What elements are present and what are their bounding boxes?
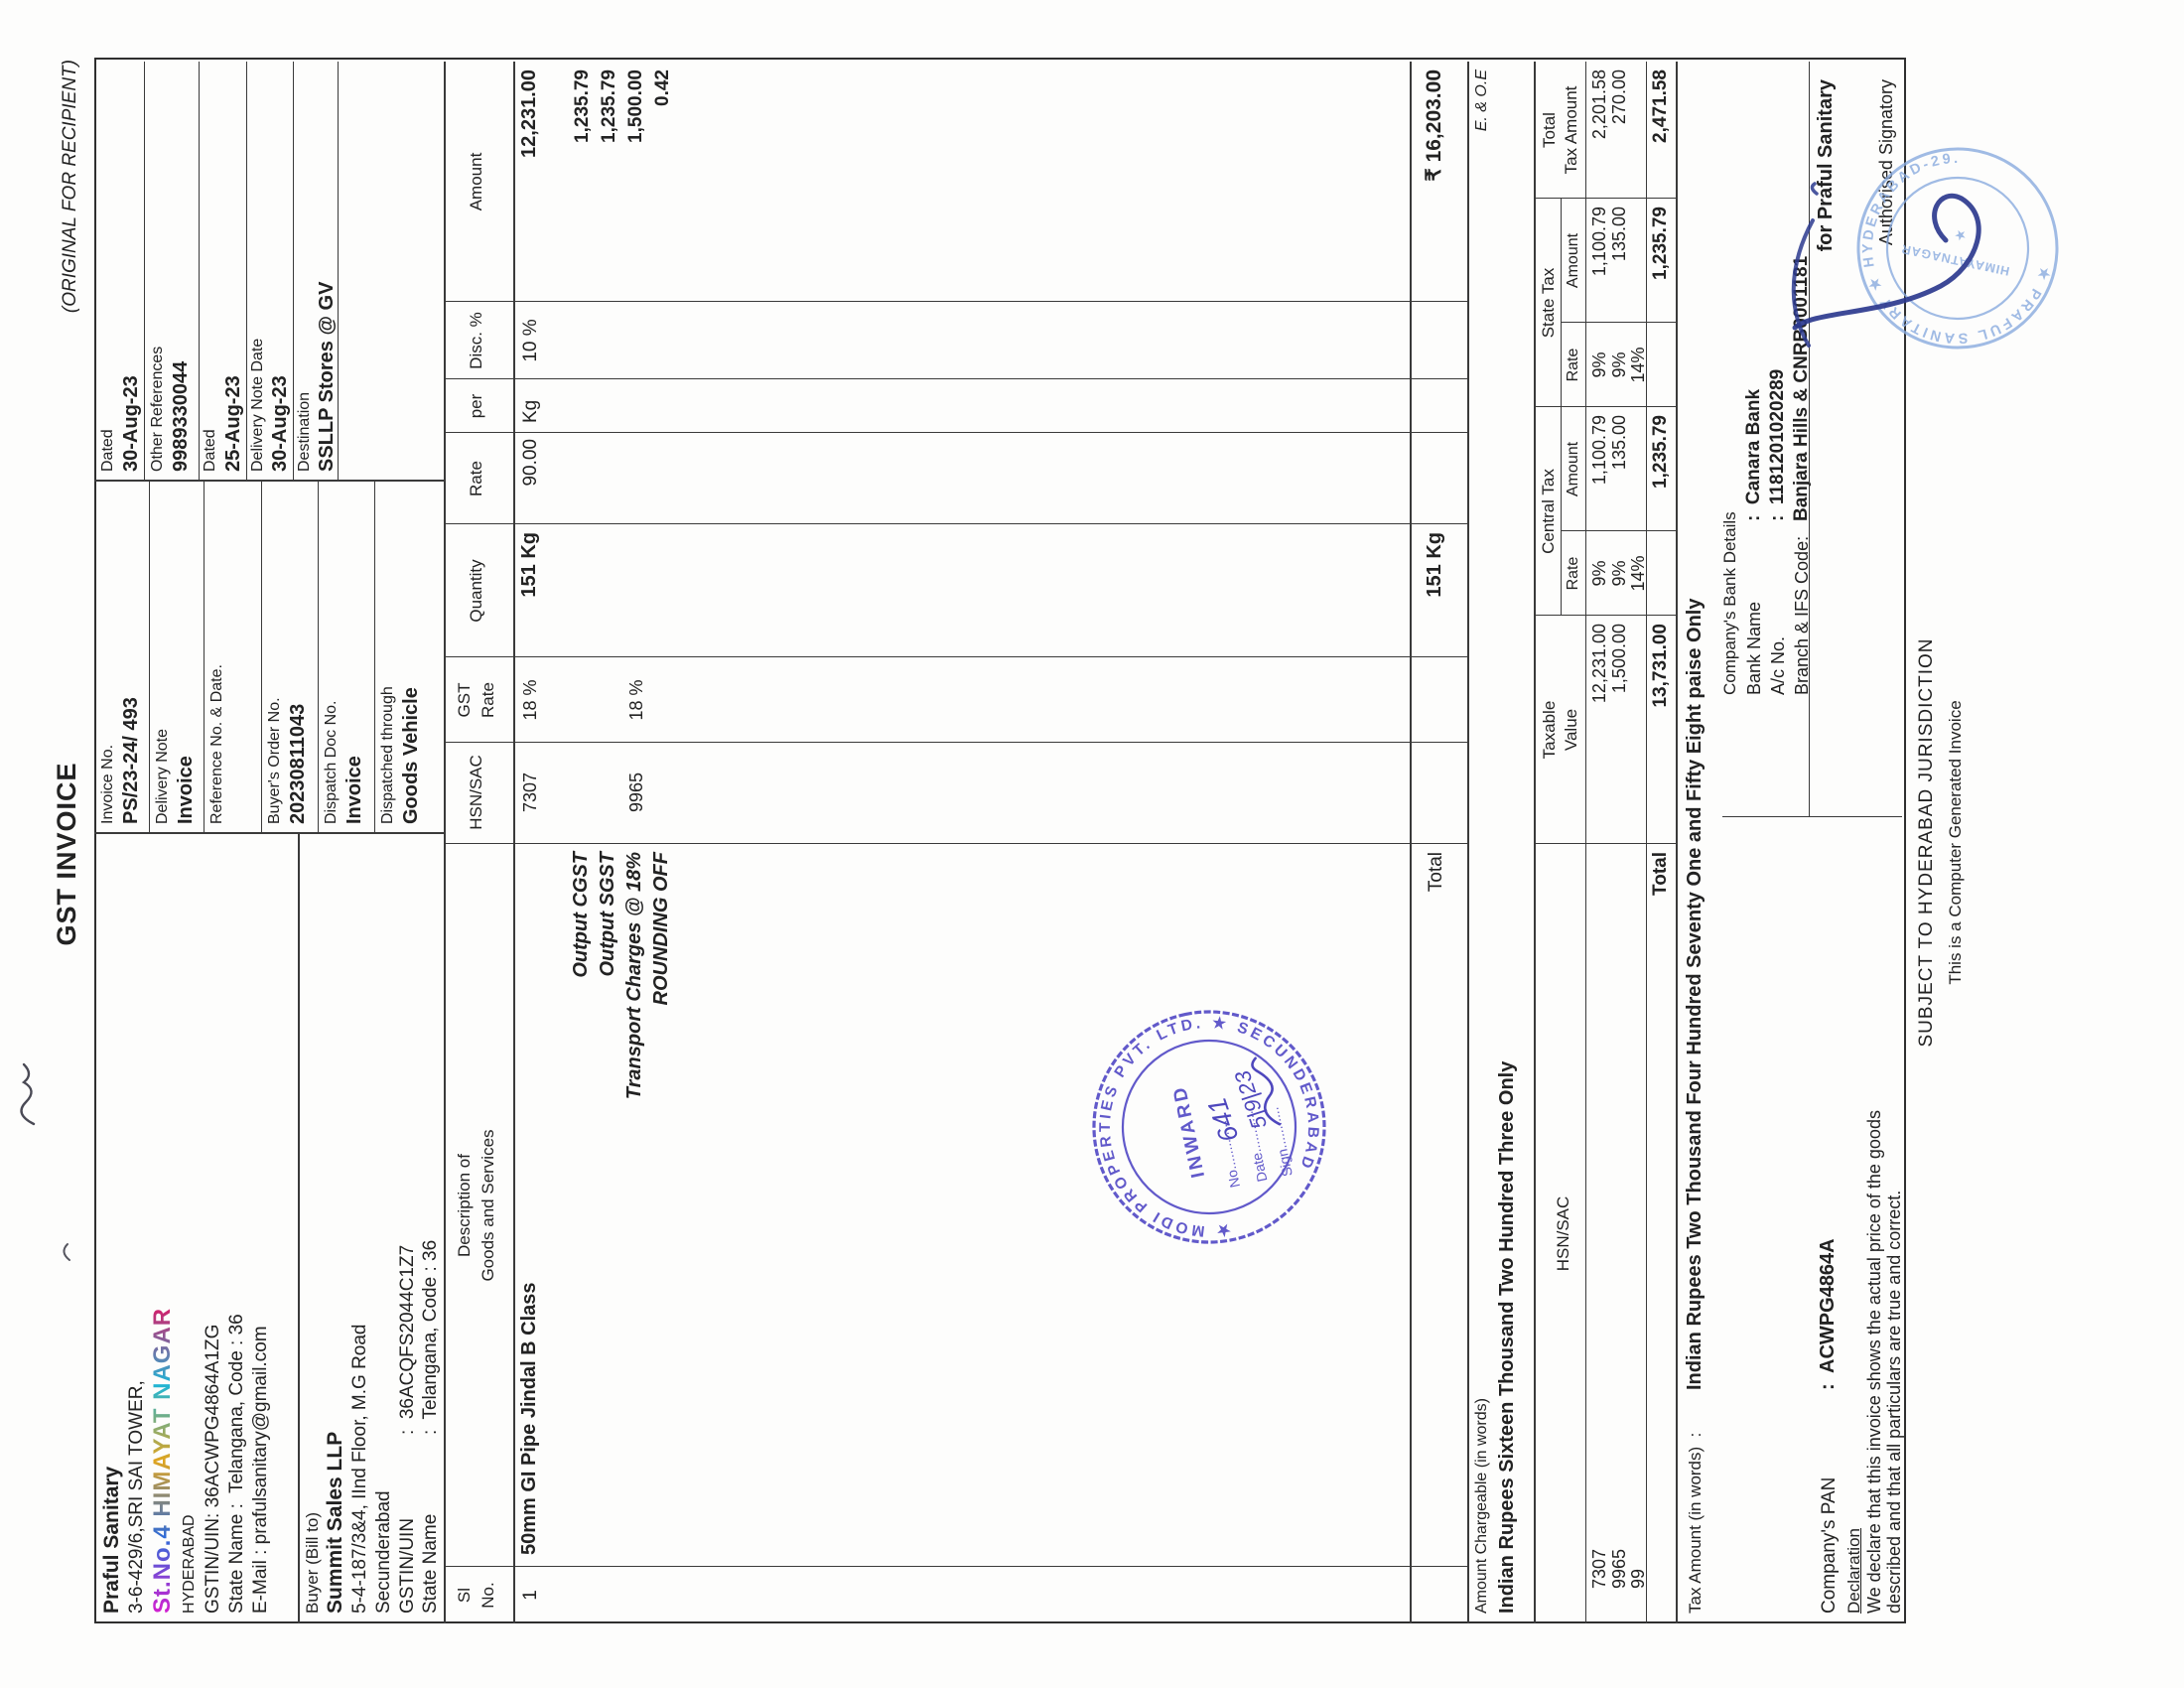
col-gst2: Rate: [478, 657, 498, 743]
tax-hsn: 99: [1628, 1569, 1649, 1589]
bank-ac-value: : 1181201020289: [1767, 369, 1789, 521]
pan-value: : ACWPG4864A: [1817, 1238, 1840, 1390]
tax-sub-rate: Rate: [1565, 531, 1582, 616]
item-desc: 50mm GI Pipe Jindal B Class: [518, 1282, 541, 1555]
detail-value: Invoice: [343, 756, 366, 824]
detail-value: 30-Aug-23: [269, 375, 292, 472]
tax-samount: 135.00: [1609, 207, 1630, 323]
detail-label: Other References: [149, 347, 167, 472]
detail-value: Invoice: [175, 756, 198, 824]
tax-words-label: Tax Amount (in words) :: [1686, 1433, 1706, 1614]
col-per: per: [467, 379, 486, 433]
tax-total-taxable: 13,731.00: [1650, 624, 1672, 844]
detail-label: Delivery Note: [154, 729, 172, 824]
bank-name-value: : Canara Bank: [1743, 389, 1765, 521]
charge-hsn: 9965: [626, 743, 647, 842]
tax-total-central: 1,235.79: [1650, 415, 1672, 531]
detail-label: Reference No. & Date.: [208, 664, 226, 824]
page-title: GST INVOICE: [52, 576, 82, 1132]
col-sl: Sl: [455, 1567, 475, 1623]
tax-col-total1: Total: [1540, 62, 1560, 199]
pen-squiggle: [6, 1043, 46, 1132]
bank-title: Company's Bank Details: [1720, 511, 1740, 695]
pan-label: Company's PAN: [1819, 1477, 1841, 1614]
seller-address1: 3-6-429/6,SRI SAI TOWER,: [126, 1380, 148, 1614]
inward-stamp: ★ MODI PROPERTIES PVT. LTD. ★ SECUNDERAB…: [1070, 988, 1348, 1266]
charge-desc: ROUNDING OFF: [650, 852, 673, 1291]
detail-value: SSLLP Stores @ GV: [316, 282, 339, 472]
charge-gst: 18 %: [626, 657, 647, 743]
buyer-gstin-label: GSTIN/UIN: [397, 1518, 419, 1614]
col-amount: Amount: [467, 62, 486, 302]
col-desc2: Goods and Services: [478, 844, 498, 1567]
tax-sub-rate: Rate: [1565, 323, 1582, 407]
detail-label: Buyer's Order No.: [266, 697, 284, 824]
tax-col-hsn: HSN/SAC: [1554, 844, 1573, 1623]
detail-label: Dispatch Doc No.: [323, 701, 341, 825]
col-gst: GST: [455, 657, 475, 743]
item-qty: 151 Kg: [518, 532, 541, 657]
tax-col-total2: Tax Amount: [1562, 62, 1581, 199]
buyer-gstin-value: : 36ACQFS2044C1Z7: [397, 1245, 419, 1435]
col-sl2: No.: [478, 1567, 498, 1623]
tax-crate: 9%: [1609, 531, 1630, 616]
pen-tick: [56, 1233, 79, 1263]
declaration-title: Declaration: [1844, 1528, 1864, 1614]
declaration-line2: described and that all particulars are t…: [1884, 1191, 1905, 1614]
item-amount: 12,231.00: [518, 70, 541, 302]
buyer-name: Summit Sales LLP: [324, 1432, 347, 1614]
detail-label: Delivery Note Date: [249, 339, 267, 472]
seller-state: State Name : Telangana, Code : 36: [226, 1314, 248, 1614]
buyer-address2: Secunderabad: [373, 1490, 395, 1614]
detail-value: Goods Vehicle: [400, 687, 423, 824]
tax-srate: 9%: [1589, 323, 1610, 407]
detail-value: 30-Aug-23: [120, 375, 143, 472]
tax-hsn: 9965: [1609, 1549, 1630, 1589]
detail-value: 9989330044: [170, 361, 193, 472]
tax-col-taxable1: Taxable: [1540, 616, 1560, 844]
detail-label: Dated: [202, 429, 219, 472]
seller-gstin: GSTIN/UIN: 36ACWPG4864A1ZG: [203, 1325, 224, 1614]
buyer-address1: 5-4-187/3&4, IInd Floor, M.G Road: [349, 1325, 371, 1615]
charge-desc: Output CGST: [570, 852, 593, 1291]
buyer-state-value: : Telangana, Code : 36: [420, 1240, 442, 1435]
tax-crate: 9%: [1589, 531, 1610, 616]
item-disc: 10 %: [520, 302, 542, 379]
item-rate: 90.00: [520, 439, 542, 524]
computer-generated-line: This is a Computer Generated Invoice: [1946, 62, 1966, 1623]
charge-desc: Transport Charges @ 18%: [623, 852, 646, 1291]
tax-sub-amount: Amount: [1565, 199, 1582, 323]
total-amount: ₹ 16,203.00: [1422, 70, 1446, 302]
col-hsn: HSN/SAC: [467, 743, 486, 842]
tax-total-state: 1,235.79: [1650, 207, 1672, 323]
detail-value: PS/23-24/ 493: [120, 697, 143, 824]
detail-label: Dispatched through: [379, 686, 397, 824]
declaration-line1: We declare that this invoice shows the a…: [1864, 1110, 1885, 1614]
tax-samount: 1,100.79: [1589, 207, 1610, 323]
tax-srate: 9%: [1609, 323, 1630, 407]
detail-value: 25-Aug-23: [222, 375, 245, 472]
tax-crate: 14%: [1628, 531, 1649, 616]
tax-camount: 135.00: [1609, 415, 1630, 531]
col-rate: Rate: [467, 433, 486, 524]
charge-amount: 1,500.00: [625, 70, 647, 302]
item-hsn: 7307: [520, 743, 541, 842]
charge-amount: 0.42: [652, 70, 674, 302]
tax-taxable: 12,231.00: [1589, 624, 1610, 844]
tax-srate: 14%: [1628, 323, 1649, 407]
tax-col-state: State Tax: [1539, 199, 1559, 407]
detail-label: Destination: [296, 392, 314, 472]
charge-desc: Output SGST: [597, 852, 619, 1291]
seller-email: E-Mail : prafulsanitary@gmail.com: [250, 1326, 272, 1614]
tax-words-value: Indian Rupees Two Thousand Four Hundred …: [1684, 599, 1706, 1390]
tax-total-label: Total: [1650, 852, 1672, 1053]
tax-total-grand: 2,471.58: [1650, 70, 1672, 199]
item-gst: 18 %: [520, 657, 541, 743]
jurisdiction-line: SUBJECT TO HYDERABAD JURISDICTION: [1916, 62, 1938, 1623]
detail-value: 20230811043: [287, 704, 310, 824]
seller-city: HYDERABAD: [181, 1514, 199, 1614]
buyer-section-label: Buyer (Bill to): [303, 1512, 323, 1614]
tax-total-amt: 270.00: [1609, 70, 1630, 199]
charge-amount: 1,235.79: [599, 70, 620, 302]
signature-scribble: [1757, 89, 2045, 367]
col-disc: Disc. %: [467, 302, 486, 379]
copy-type-label: (ORIGINAL FOR RECIPIENT): [60, 60, 81, 457]
tax-total-amt: 2,201.58: [1589, 70, 1610, 199]
seller-name: Praful Sanitary: [100, 1467, 124, 1614]
amount-words-value: Indian Rupees Sixteen Thousand Two Hundr…: [1496, 1061, 1519, 1614]
amount-words-label: Amount Chargeable (in words): [1473, 1398, 1491, 1614]
detail-label: Dated: [99, 429, 117, 472]
tax-camount: 1,100.79: [1589, 415, 1610, 531]
seller-address2: St.No.4 HIMAYAT NAGAR: [149, 1308, 177, 1614]
charge-amount: 1,235.79: [572, 70, 594, 302]
bank-ac-label: A/c No.: [1768, 636, 1789, 695]
total-label: Total: [1426, 852, 1447, 1092]
item-sl: 1: [520, 1567, 542, 1623]
detail-label: Invoice No.: [99, 745, 117, 824]
col-qty: Quantity: [467, 524, 486, 657]
tax-col-central: Central Tax: [1539, 407, 1559, 616]
item-per: Kg: [520, 400, 542, 423]
total-qty: 151 Kg: [1424, 532, 1446, 657]
inward-stamp-title: INWARD: [1169, 1083, 1209, 1180]
tax-taxable: 1,500.00: [1609, 624, 1630, 844]
col-desc: Description of: [455, 844, 475, 1567]
invoice-sheet: GST INVOICE (ORIGINAL FOR RECIPIENT) Pra…: [0, 0, 2184, 1688]
tax-col-taxable2: Value: [1562, 616, 1581, 844]
tax-sub-amount: Amount: [1565, 407, 1582, 531]
eoe-label: E. & O.E: [1473, 70, 1491, 268]
buyer-state-label: State Name: [420, 1514, 442, 1614]
bank-name-label: Bank Name: [1744, 602, 1765, 695]
tax-hsn: 7307: [1589, 1549, 1610, 1589]
